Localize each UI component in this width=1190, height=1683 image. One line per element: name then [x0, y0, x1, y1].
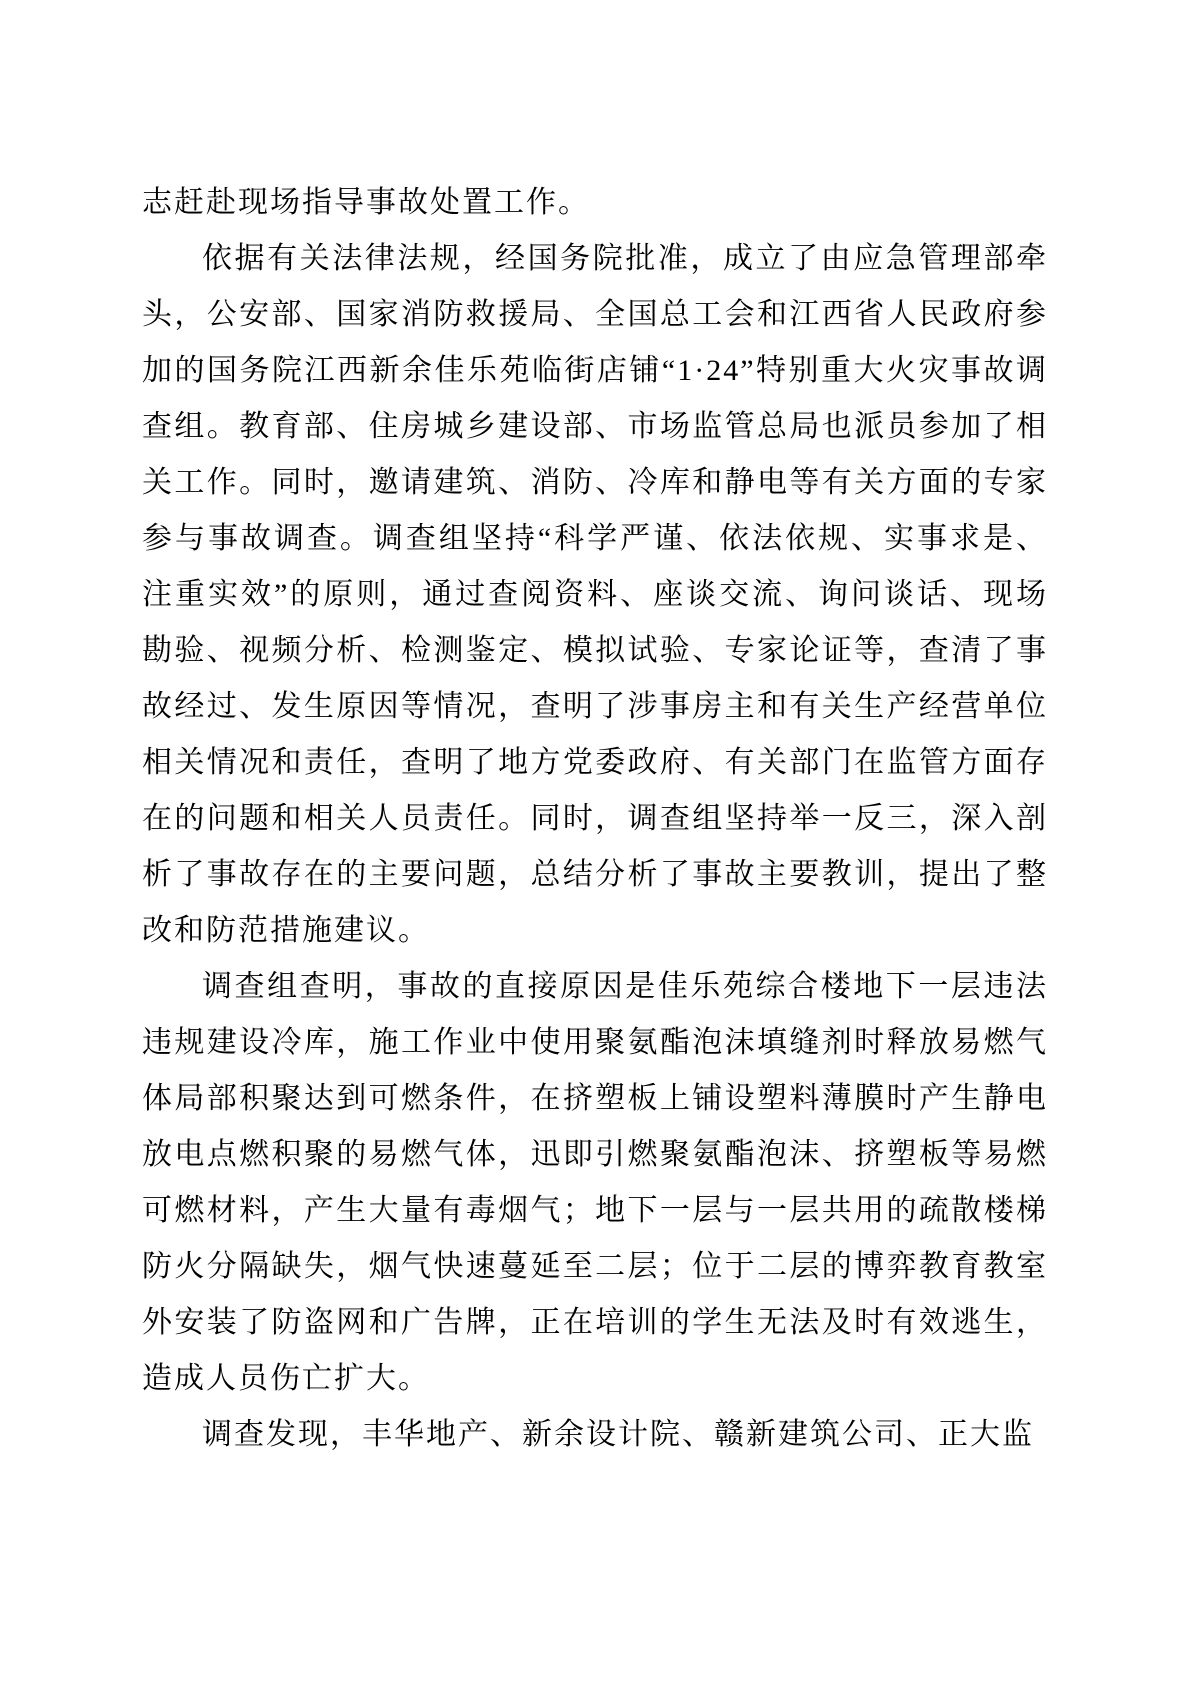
paragraph-continuation: 志赶赴现场指导事故处置工作。: [142, 175, 1048, 231]
document-page: 志赶赴现场指导事故处置工作。 依据有关法律法规，经国务院批准，成立了由应急管理部…: [0, 0, 1190, 1683]
paragraph-investigation-team: 依据有关法律法规，经国务院批准，成立了由应急管理部牵头，公安部、国家消防救援局、…: [142, 231, 1048, 959]
document-body: 志赶赴现场指导事故处置工作。 依据有关法律法规，经国务院批准，成立了由应急管理部…: [142, 175, 1048, 1463]
paragraph-findings: 调查发现，丰华地产、新余设计院、赣新建筑公司、正大监: [142, 1407, 1048, 1463]
paragraph-direct-cause: 调查组查明，事故的直接原因是佳乐苑综合楼地下一层违法违规建设冷库，施工作业中使用…: [142, 959, 1048, 1407]
